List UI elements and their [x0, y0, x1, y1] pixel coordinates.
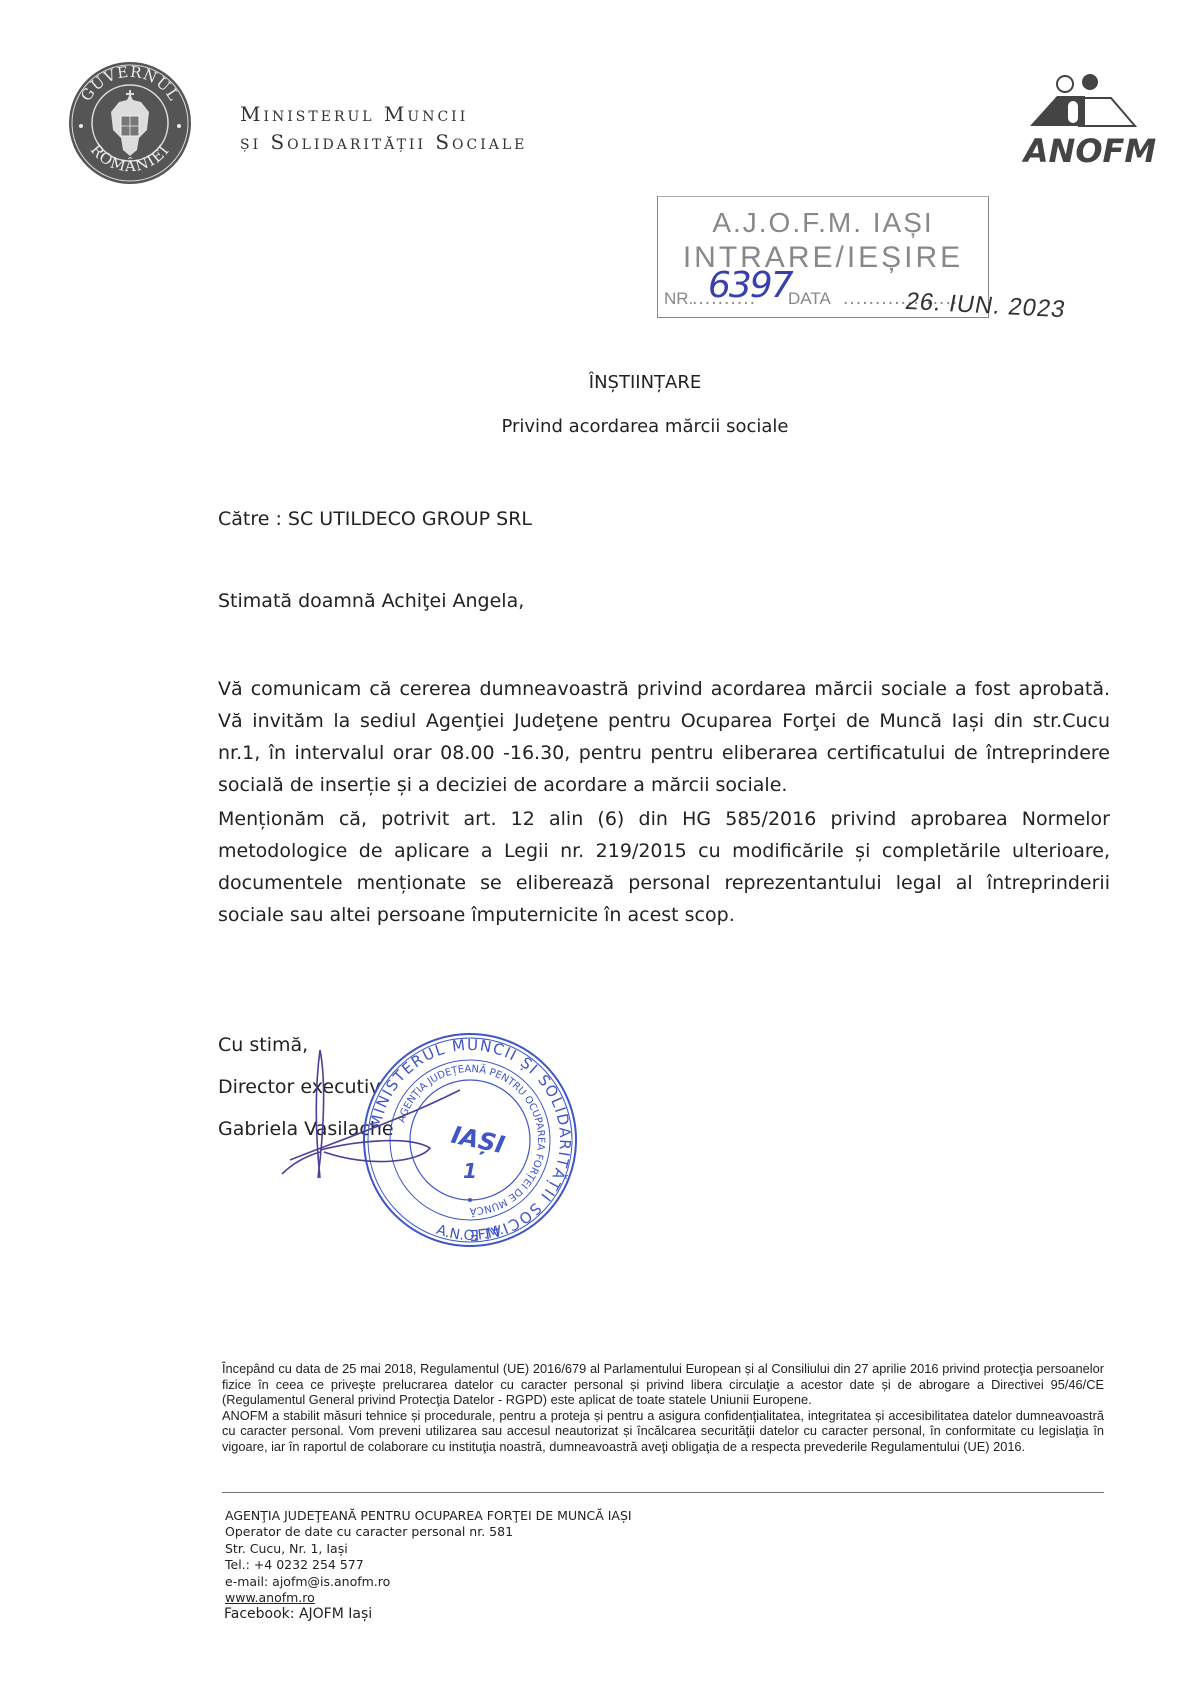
- privacy-notice: Începând cu data de 25 mai 2018, Regulam…: [222, 1361, 1104, 1454]
- footer-operator: Operator de date cu caracter personal nr…: [225, 1524, 632, 1540]
- footer-address: Str. Cucu, Nr. 1, Iași: [225, 1541, 632, 1557]
- anofm-logo-icon: ANOFM: [1005, 70, 1175, 170]
- privacy-paragraph: Începând cu data de 25 mai 2018, Regulam…: [222, 1361, 1104, 1408]
- ministry-name: Ministerul Muncii și Solidarității Socia…: [240, 100, 527, 156]
- footer-facebook: Facebook: AJOFM Iași: [224, 1606, 632, 1622]
- ministry-name-line2: și Solidarității Sociale: [240, 128, 527, 156]
- footer-contact: AGENŢIA JUDEŢEANĂ PENTRU OCUPAREA FORŢEI…: [225, 1508, 632, 1623]
- document-title: ÎNȘTIINȚARE: [0, 372, 1200, 393]
- footer-email[interactable]: e-mail: ajofm@is.anofm.ro: [225, 1574, 632, 1590]
- footer-phone: Tel.: +4 0232 254 577: [225, 1557, 632, 1573]
- footer-divider: [222, 1492, 1104, 1493]
- body-paragraph: Menționăm că, potrivit art. 12 alin (6) …: [218, 803, 1110, 931]
- registration-stamp-office: A.J.O.F.M. IAȘI: [658, 207, 988, 239]
- footer-agency: AGENŢIA JUDEŢEANĂ PENTRU OCUPAREA FORŢEI…: [225, 1508, 632, 1524]
- registration-number: 6397: [708, 265, 792, 306]
- ministry-name-line1: Ministerul Muncii: [240, 100, 527, 128]
- recipient: Către : SC UTILDECO GROUP SRL: [218, 508, 532, 530]
- government-seal-icon: GUVERNUL ROMÂNIEI: [67, 60, 193, 186]
- svg-text:ANOFM: ANOFM: [1021, 132, 1157, 170]
- registration-date: 26. IUN. 2023: [903, 288, 1068, 324]
- footer-website-link[interactable]: www.anofm.ro: [225, 1590, 632, 1606]
- registration-nr-label: NR.: [664, 289, 693, 309]
- registration-date-label: DATA: [788, 289, 831, 309]
- body-paragraph: Vă comunicam că cererea dumneavoastră pr…: [218, 673, 1110, 801]
- signature-icon: [280, 1040, 500, 1180]
- salutation: Stimată doamnă Achiţei Angela,: [218, 590, 524, 612]
- document-subtitle: Privind acordarea mărcii sociale: [0, 416, 1200, 437]
- privacy-paragraph: ANOFM a stabilit măsuri tehnice și proce…: [222, 1408, 1104, 1455]
